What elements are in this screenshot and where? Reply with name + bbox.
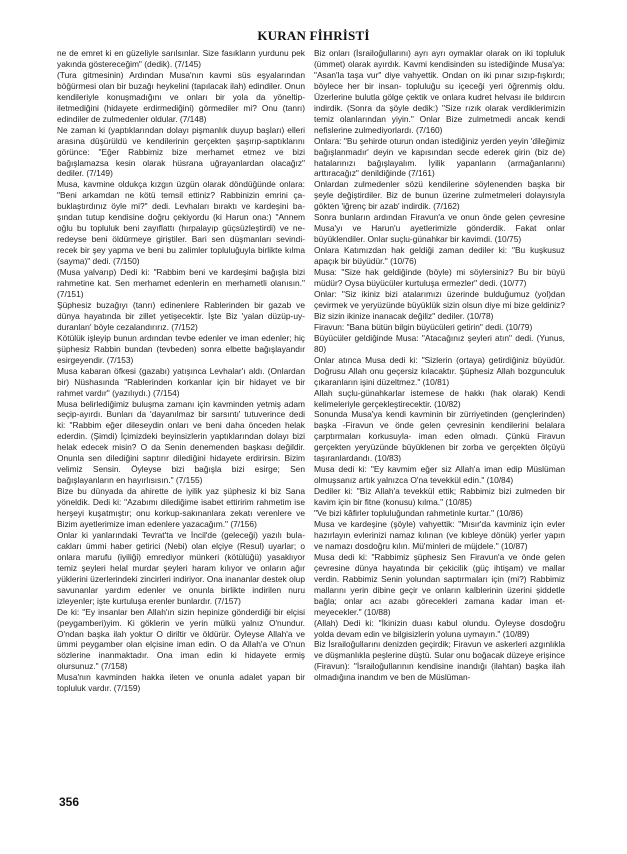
paragraph: Büyücüler geldiğinde Musa: "Atacağınız ş… bbox=[314, 333, 565, 355]
paragraph: Musa, kavmine oldukça kızgın üzgün olara… bbox=[57, 179, 305, 267]
paragraph: Musa ve kardeşine (şöyle) vahyettik: "Mı… bbox=[314, 519, 565, 552]
paragraph: Onlara: "Bu şehirde oturun ondan istediğ… bbox=[314, 136, 565, 180]
left-column: ne de emret ki en güzeliyle sarılsınlar.… bbox=[57, 48, 305, 694]
paragraph: "Ve bizi kâfirler topluluğundan rahmetin… bbox=[314, 508, 565, 519]
paragraph: ne de emret ki en güzeliyle sarılsınlar.… bbox=[57, 48, 305, 70]
paragraph: Ne zaman ki (yaptıklarından dolayı pişma… bbox=[57, 125, 305, 180]
page-header-title: KURAN FİHRİSTİ bbox=[0, 28, 627, 44]
paragraph: Onlar ki yanlarındaki Tevrat'ta ve İncil… bbox=[57, 530, 305, 607]
paragraph: Musa dedi ki: "Rabbimiz şüphesiz Sen Fir… bbox=[314, 552, 565, 618]
paragraph: Onlar atınca Musa dedi ki: "Sizlerin (or… bbox=[314, 355, 565, 388]
paragraph: (Musa yalvarıp) Dedi ki: "Rabbim beni ve… bbox=[57, 267, 305, 300]
page-number: 356 bbox=[59, 795, 79, 809]
right-column: Biz onları (İsrailoğullarını) ayrı ayrı … bbox=[314, 48, 565, 683]
paragraph: Onlar: "Siz ikiniz bizi atalarımızı üzer… bbox=[314, 289, 565, 322]
paragraph: Onlara Katımızdan hak geldiği zaman dedi… bbox=[314, 245, 565, 267]
paragraph: (Tura gitmesinin) Ardından Musa'nın kavm… bbox=[57, 70, 305, 125]
paragraph: Kötülük işleyip bunun ardından tevbe ede… bbox=[57, 333, 305, 366]
paragraph: Bize bu dünyada da ahirette de iyilik ya… bbox=[57, 486, 305, 530]
paragraph: De ki: "Ey insanlar ben Allah'ın sizin h… bbox=[57, 607, 305, 673]
paragraph: Musa: "Size hak geldiğinde (böyle) mi sö… bbox=[314, 267, 565, 289]
paragraph: Dediler ki: "Biz Allah'a tevekkül ettik;… bbox=[314, 486, 565, 508]
paragraph: Musa belirlediğimiz buluşma zamanı için … bbox=[57, 399, 305, 487]
paragraph: Musa kabaran öfkesi (gazabı) yatışınca L… bbox=[57, 366, 305, 399]
paragraph: Musa'nın kavminden hakka ileten ve onunl… bbox=[57, 672, 305, 694]
paragraph: Sonunda Musa'ya kendi kavminin bir zürri… bbox=[314, 409, 565, 464]
paragraph: Firavun: "Bana bütün bilgin büyücüleri g… bbox=[314, 322, 565, 333]
paragraph: Musa dedi ki: "Ey kavmim eğer siz Allah'… bbox=[314, 464, 565, 486]
paragraph: Biz İsrailoğullarını denizden geçirdik; … bbox=[314, 639, 565, 683]
paragraph: (Allah) Dedi ki: "İkinizin duası kabul o… bbox=[314, 618, 565, 640]
paragraph: Allah suçlu-günahkarlar istemese de hakk… bbox=[314, 388, 565, 410]
paragraph: Biz onları (İsrailoğullarını) ayrı ayrı … bbox=[314, 48, 565, 136]
paragraph: Onlardan zulmedenler sözü kendilerine sö… bbox=[314, 179, 565, 212]
paragraph: Sonra bunların ardından Firavun'a ve onu… bbox=[314, 212, 565, 245]
paragraph: Şüphesiz buzağıyı (tanrı) edinenlere Rab… bbox=[57, 300, 305, 333]
